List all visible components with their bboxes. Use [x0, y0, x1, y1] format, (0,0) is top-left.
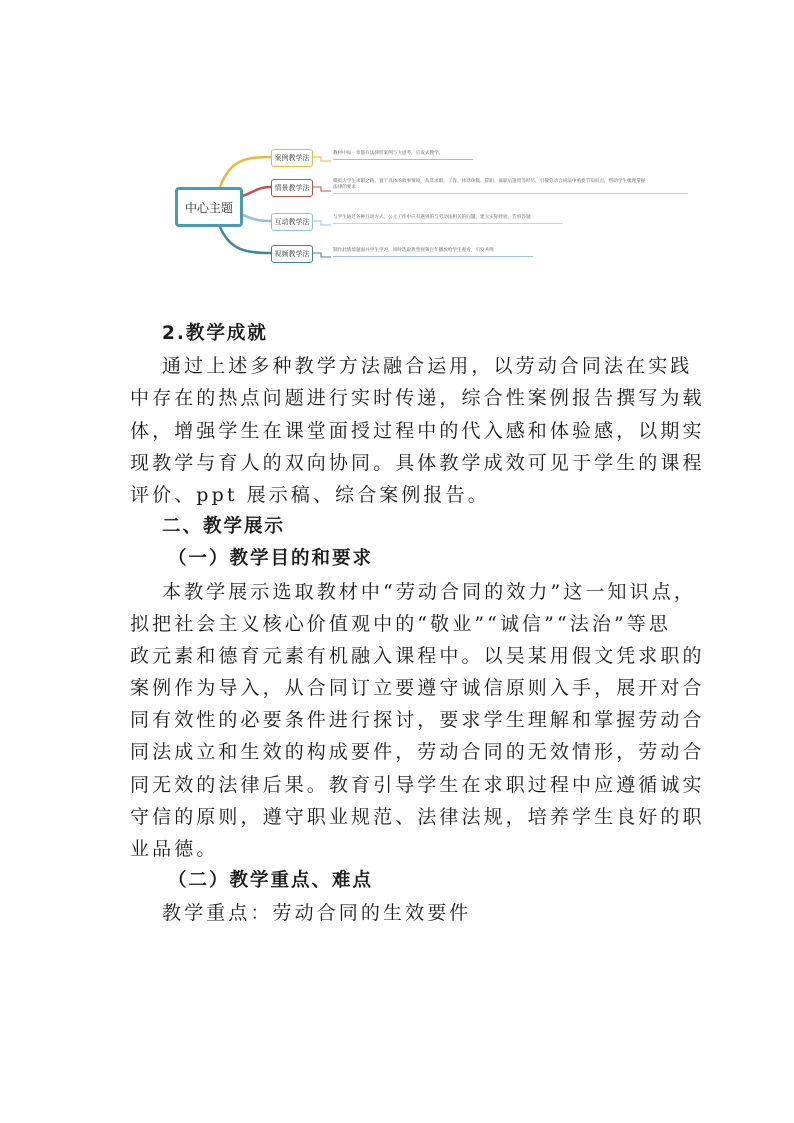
paragraph-line: 守信的原则，遵守职业规范、法律法规，培养学生良好的职	[130, 801, 674, 833]
paragraph-line: 体，增强学生在课堂面授过程中的代入感和体验感，以期实	[130, 415, 674, 447]
paragraph-line: 同有效性的必要条件进行探讨，要求学生理解和掌握劳动合	[130, 704, 674, 736]
paragraph-line: 案例作为导入，从合同订立要遵守诚信原则入手，展开对合	[130, 672, 674, 704]
paragraph-line: 现教学与育人的双向协同。具体教学成效可见于学生的课程	[130, 447, 674, 479]
mind-map-branch-scenario: 情景教学法	[271, 179, 313, 197]
paragraph-line: 同无效的法律后果。教育引导学生在求职过程中应遵循诚实	[130, 769, 674, 801]
mind-map-desc-video: 制作此情境题面并学生学习，同时选取典型视频百年播放给学生观看，引发共鸣	[333, 248, 533, 257]
section-heading: 二、教学展示	[130, 511, 674, 543]
section-heading: （一）教学目的和要求	[130, 543, 674, 575]
section-heading: （二）教学重点、难点	[130, 865, 674, 897]
mind-map-desc-case: 教材中每一章都有法律形案例与大思考，启发式教学。	[333, 151, 473, 160]
paragraph-line: 政元素和德育元素有机融入课程中。以吴某用假文凭求职的	[130, 640, 674, 672]
mind-map-branch-interactive: 互动教学法	[271, 213, 313, 231]
paragraph-line: 拟把社会主义核心价值观中的“敬业”“诚信”“法治”等思	[130, 608, 674, 640]
paragraph-line: 评价、ppt 展示稿、综合案例报告。	[130, 479, 674, 511]
paragraph-line: 本教学展示选取教材中“劳动合同的效力”这一知识点，	[130, 576, 674, 608]
paragraph-line: 同法成立和生效的构成要件，劳动合同的无效情形，劳动合	[130, 736, 674, 768]
mind-map-desc-scenario: 模拟大学生求职之路，置于具体的故事情境，从其求职、工作、休息休假、辞职、离职后遗…	[333, 179, 688, 194]
paragraph-line: 教学重点：劳动合同的生效要件	[130, 897, 674, 929]
mind-map-center-node: 中心主题	[175, 187, 243, 227]
paragraph-line: 通过上述多种教学方法融合运用，以劳动合同法在实践	[130, 350, 674, 382]
mind-map-branch-video: 视频教学法	[271, 245, 313, 263]
document-body: 2.教学成就通过上述多种教学方法融合运用，以劳动合同法在实践中存在的热点问题进行…	[130, 318, 674, 930]
section-heading: 2.教学成就	[130, 318, 674, 350]
mind-map-figure: 中心主题 案例教学法 情景教学法 互动教学法 视频教学法 教材中每一章都有法律形…	[165, 135, 705, 275]
paragraph-line: 中存在的热点问题进行实时传递，综合性案例报告撰写为载	[130, 382, 674, 414]
mind-map-desc-interactive: 与学生通过各种互动方式，公元工作中应有遇到的与劳动法相关的问题，建立实际经验，告…	[333, 215, 563, 224]
mind-map-branch-case: 案例教学法	[271, 149, 313, 167]
paragraph-line: 业品德。	[130, 833, 674, 865]
